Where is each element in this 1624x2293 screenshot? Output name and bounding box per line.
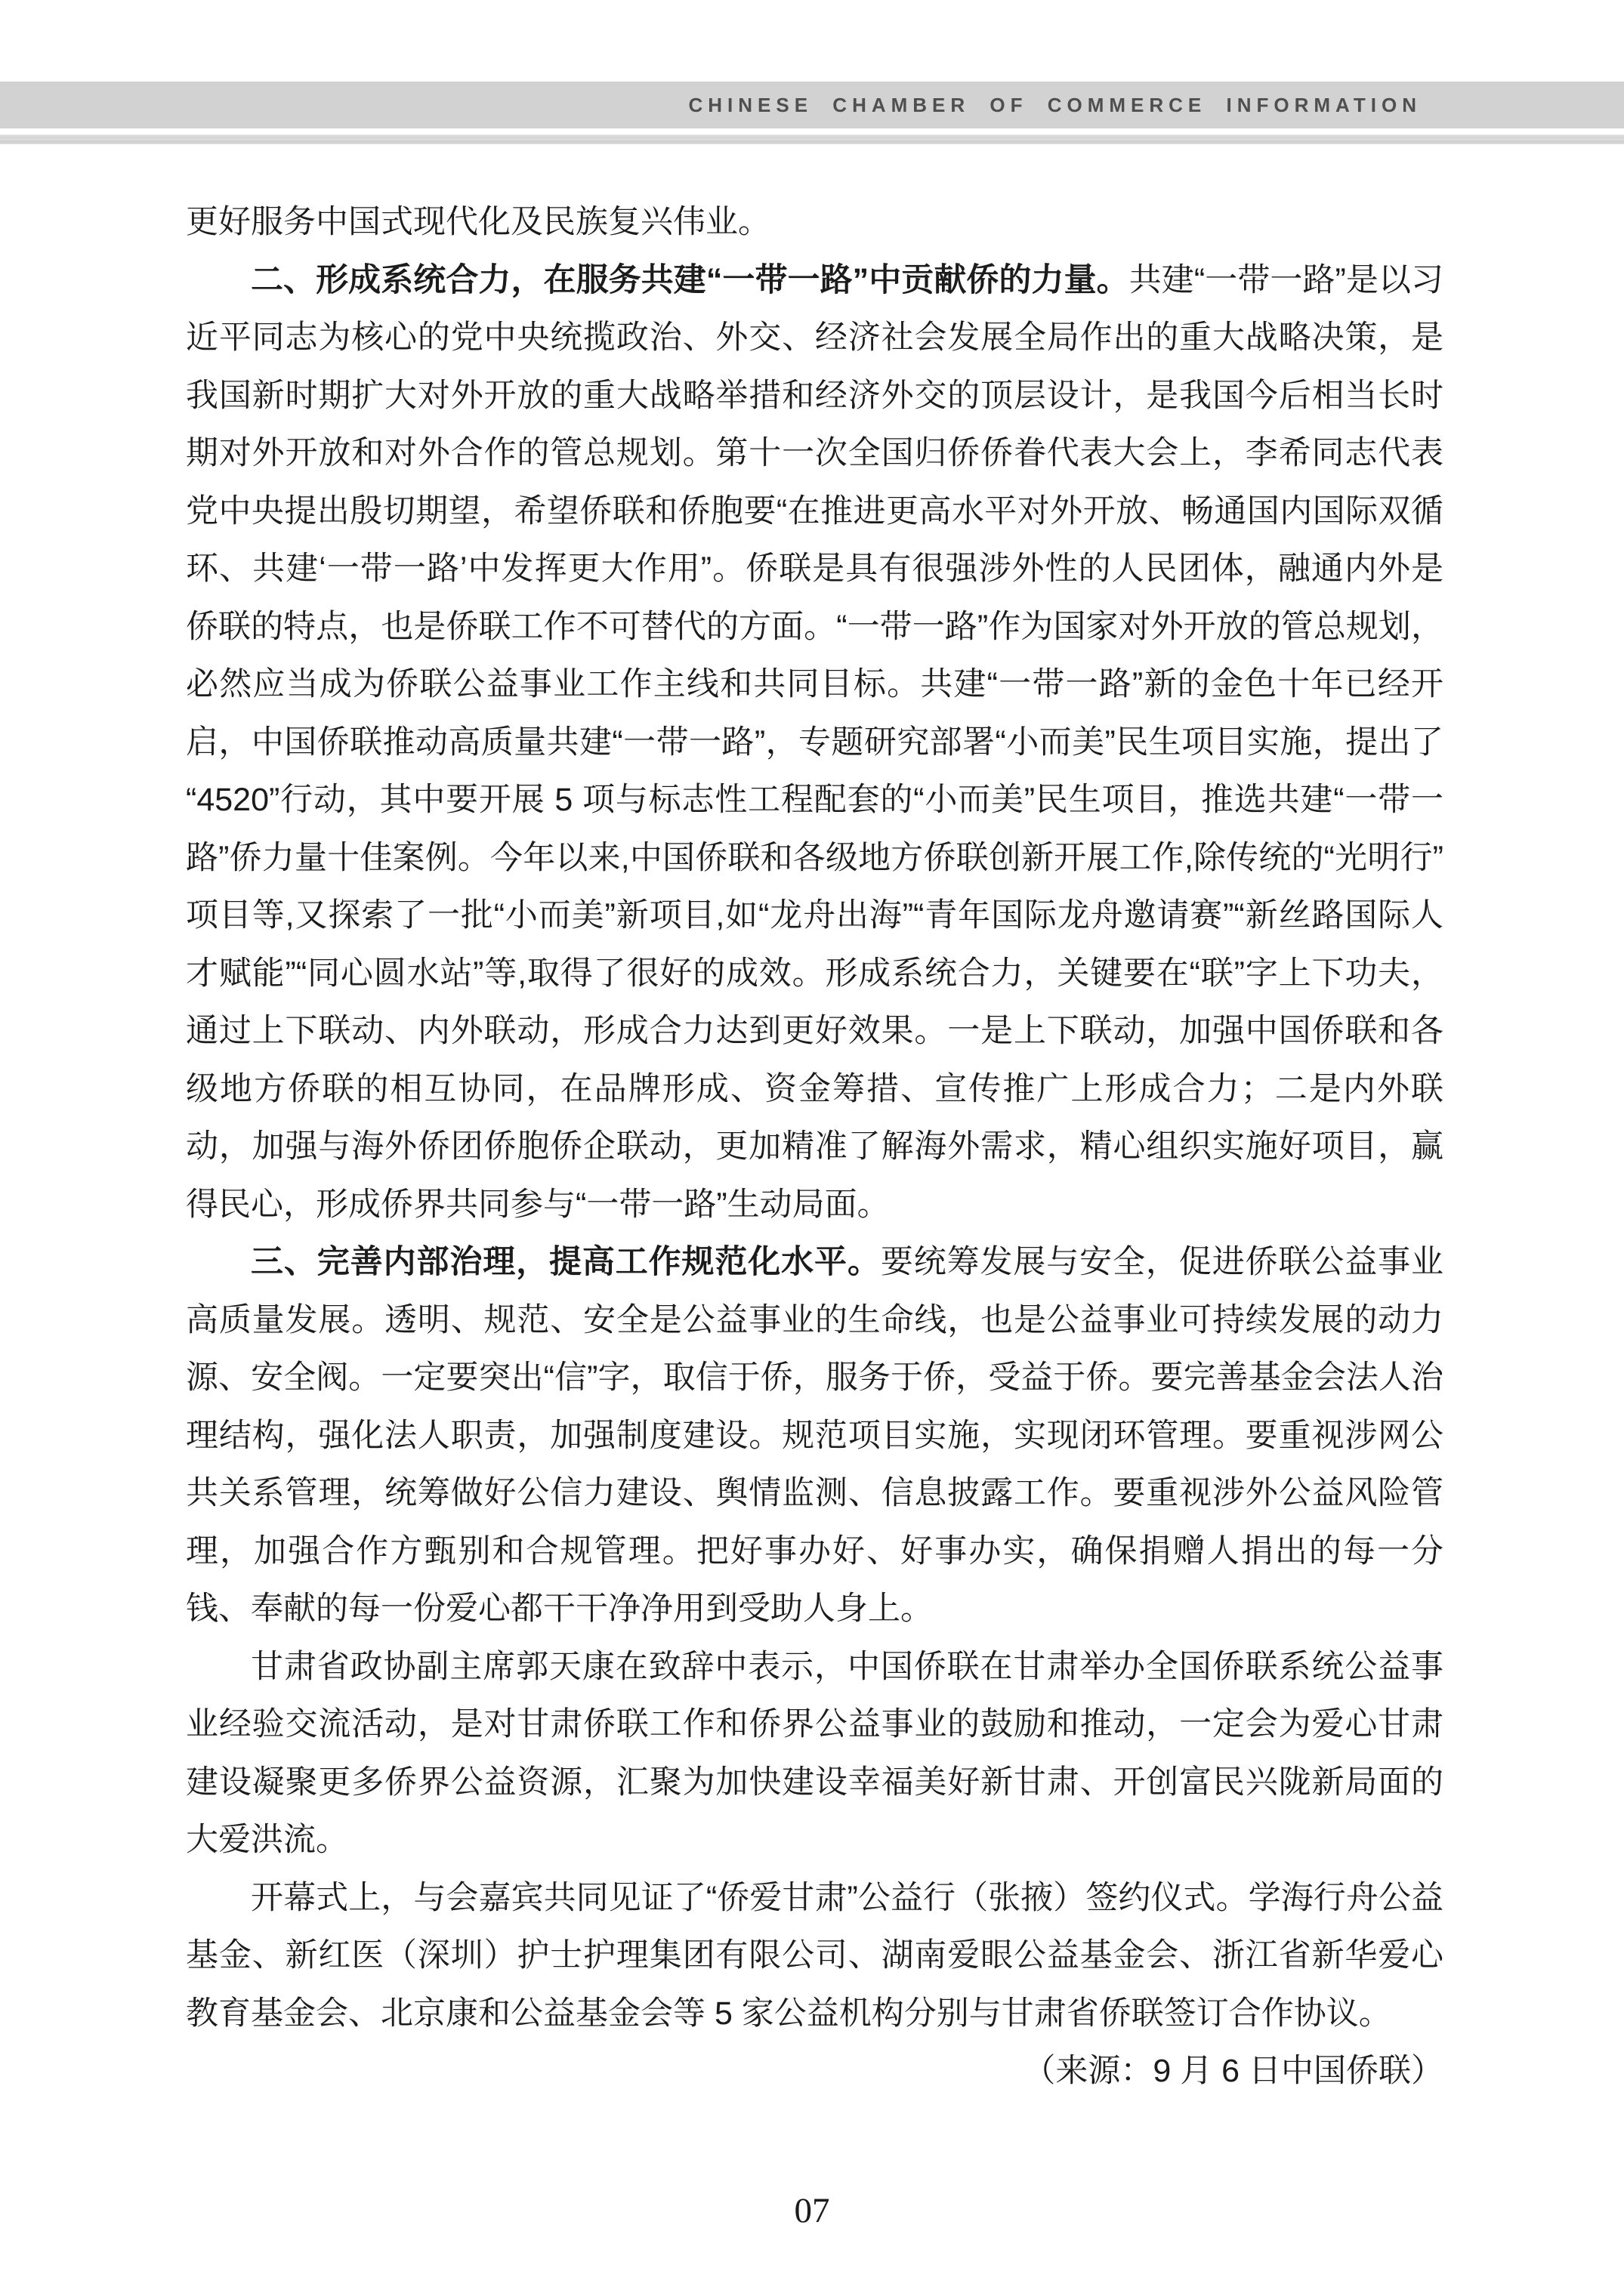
paragraph: 二、形成系统合力，在服务共建“一带一路”中贡献侨的力量。共建“一带一路”是以习近… bbox=[186, 252, 1443, 1234]
document-page: { "header": { "banner_text": "CHINESE CH… bbox=[0, 0, 1624, 2293]
text-segment: 共建“一带一路”是以习近平同志为核心的党中央统揽政治、外交、经济社会发展全局作出… bbox=[186, 262, 1443, 1223]
text-segment: 甘肃省政协副主席郭天康在致辞中表示，中国侨联在甘肃举办全国侨联系统公益事业经验交… bbox=[186, 1649, 1443, 1859]
page-number: 07 bbox=[0, 2190, 1624, 2231]
paragraph: 三、完善内部治理，提高工作规范化水平。要统筹发展与安全，促进侨联公益事业高质量发… bbox=[186, 1233, 1443, 1638]
paragraph: 开幕式上，与会嘉宾共同见证了“侨爱甘肃”公益行（张掖）签约仪式。学海行舟公益基金… bbox=[186, 1869, 1443, 2043]
text-segment: 要统筹发展与安全，促进侨联公益事业高质量发展。透明、规范、安全是公益事业的生命线… bbox=[186, 1244, 1443, 1627]
paragraph: 更好服务中国式现代化及民族复兴伟业。 bbox=[186, 193, 1443, 252]
article-body: 更好服务中国式现代化及民族复兴伟业。二、形成系统合力，在服务共建“一带一路”中贡… bbox=[186, 193, 1443, 2100]
header-banner: CHINESE CHAMBER OF COMMERCE INFORMATION bbox=[0, 82, 1624, 128]
source-attribution: （来源：9 月 6 日中国侨联） bbox=[186, 2042, 1443, 2100]
header-divider bbox=[0, 134, 1624, 144]
paragraph: 甘肃省政协副主席郭天康在致辞中表示，中国侨联在甘肃举办全国侨联系统公益事业经验交… bbox=[186, 1638, 1443, 1869]
text-segment: 开幕式上，与会嘉宾共同见证了“侨爱甘肃”公益行（张掖）签约仪式。学海行舟公益基金… bbox=[186, 1880, 1443, 2032]
section-heading: 三、完善内部治理，提高工作规范化水平。 bbox=[251, 1244, 881, 1280]
text-segment: 更好服务中国式现代化及民族复兴伟业。 bbox=[186, 204, 770, 240]
header-banner-text: CHINESE CHAMBER OF COMMERCE INFORMATION bbox=[688, 82, 1422, 128]
section-heading: 二、形成系统合力，在服务共建“一带一路”中贡献侨的力量。 bbox=[251, 262, 1129, 298]
